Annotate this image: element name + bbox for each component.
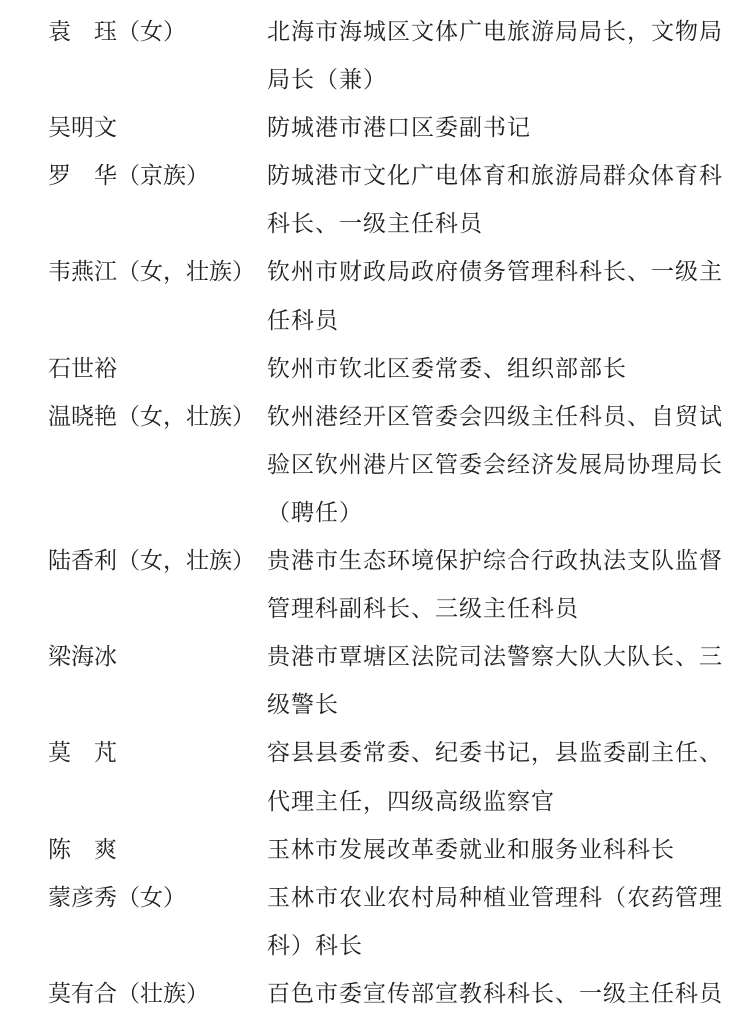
position-line: 科）科长	[267, 922, 723, 970]
person-name: 温晓艳（女，壮族）	[48, 393, 267, 441]
person-position: 防城港市港口区委副书记	[267, 104, 723, 152]
person-position: 防城港市文化广电体育和旅游局群众体育科 科长、一级主任科员	[267, 152, 723, 248]
person-row: 韦燕江（女，壮族） 钦州市财政局政府债务管理科科长、一级主 任科员	[48, 248, 751, 344]
person-name: 莫 芃	[48, 729, 267, 777]
position-line: 容县县委常委、纪委书记，县监委副主任、	[267, 729, 723, 777]
position-line: 管理科副科长、三级主任科员	[267, 585, 723, 633]
person-position: 贵港市覃塘区法院司法警察大队大队长、三 级警长	[267, 633, 723, 729]
person-position: 钦州市财政局政府债务管理科科长、一级主 任科员	[267, 248, 723, 344]
person-position: 北海市海城区文体广电旅游局局长，文物局 局长（兼）	[267, 8, 723, 104]
person-name: 陈 爽	[48, 826, 267, 874]
position-line: 百色市委宣传部宣教科科长、一级主任科员	[267, 970, 723, 1018]
person-row: 吴明文 防城港市港口区委副书记	[48, 104, 751, 152]
person-row: 陆香利（女，壮族） 贵港市生态环境保护综合行政执法支队监督 管理科副科长、三级主…	[48, 537, 751, 633]
person-position: 玉林市农业农村局种植业管理科（农药管理 科）科长	[267, 874, 723, 970]
person-name: 蒙彦秀（女）	[48, 874, 267, 922]
person-row: 石世裕 钦州市钦北区委常委、组织部部长	[48, 345, 751, 393]
position-line: 贵港市生态环境保护综合行政执法支队监督	[267, 537, 723, 585]
person-name: 韦燕江（女，壮族）	[48, 248, 267, 296]
person-position: 百色市委宣传部宣教科科长、一级主任科员	[267, 970, 723, 1018]
position-line: 钦州市财政局政府债务管理科科长、一级主	[267, 248, 723, 296]
person-row: 袁 珏（女） 北海市海城区文体广电旅游局局长，文物局 局长（兼）	[48, 8, 751, 104]
position-line: 钦州市钦北区委常委、组织部部长	[267, 345, 723, 393]
person-name: 袁 珏（女）	[48, 8, 267, 56]
person-position: 容县县委常委、纪委书记，县监委副主任、 代理主任，四级高级监察官	[267, 729, 723, 825]
position-line: 防城港市港口区委副书记	[267, 104, 723, 152]
position-line: 验区钦州港片区管委会经济发展局协理局长	[267, 441, 723, 489]
position-line: 贵港市覃塘区法院司法警察大队大队长、三	[267, 633, 723, 681]
person-name: 罗 华（京族）	[48, 152, 267, 200]
person-name: 莫有合（壮族）	[48, 970, 267, 1018]
position-line: 北海市海城区文体广电旅游局局长，文物局	[267, 8, 723, 56]
person-row: 温晓艳（女，壮族） 钦州港经开区管委会四级主任科员、自贸试 验区钦州港片区管委会…	[48, 393, 751, 537]
person-row: 蒙彦秀（女） 玉林市农业农村局种植业管理科（农药管理 科）科长	[48, 874, 751, 970]
position-line: 任科员	[267, 297, 723, 345]
person-row: 莫有合（壮族） 百色市委宣传部宣教科科长、一级主任科员	[48, 970, 751, 1018]
person-position: 贵港市生态环境保护综合行政执法支队监督 管理科副科长、三级主任科员	[267, 537, 723, 633]
person-position: 钦州市钦北区委常委、组织部部长	[267, 345, 723, 393]
person-name: 梁海冰	[48, 633, 267, 681]
position-line: 玉林市发展改革委就业和服务业科科长	[267, 826, 723, 874]
position-line: 局长（兼）	[267, 56, 723, 104]
position-line: 级警长	[267, 681, 723, 729]
person-name: 吴明文	[48, 104, 267, 152]
person-position: 玉林市发展改革委就业和服务业科科长	[267, 826, 723, 874]
position-line: 玉林市农业农村局种植业管理科（农药管理	[267, 874, 723, 922]
person-row: 梁海冰 贵港市覃塘区法院司法警察大队大队长、三 级警长	[48, 633, 751, 729]
position-line: 钦州港经开区管委会四级主任科员、自贸试	[267, 393, 723, 441]
person-row: 陈 爽 玉林市发展改革委就业和服务业科科长	[48, 826, 751, 874]
position-line: 代理主任，四级高级监察官	[267, 778, 723, 826]
position-line: （聘任）	[267, 489, 723, 537]
position-line: 科长、一级主任科员	[267, 200, 723, 248]
person-name: 陆香利（女，壮族）	[48, 537, 267, 585]
person-position: 钦州港经开区管委会四级主任科员、自贸试 验区钦州港片区管委会经济发展局协理局长 …	[267, 393, 723, 537]
person-row: 莫 芃 容县县委常委、纪委书记，县监委副主任、 代理主任，四级高级监察官	[48, 729, 751, 825]
document-page: 袁 珏（女） 北海市海城区文体广电旅游局局长，文物局 局长（兼） 吴明文 防城港…	[0, 0, 751, 1023]
person-row: 罗 华（京族） 防城港市文化广电体育和旅游局群众体育科 科长、一级主任科员	[48, 152, 751, 248]
person-name: 石世裕	[48, 345, 267, 393]
position-line: 防城港市文化广电体育和旅游局群众体育科	[267, 152, 723, 200]
